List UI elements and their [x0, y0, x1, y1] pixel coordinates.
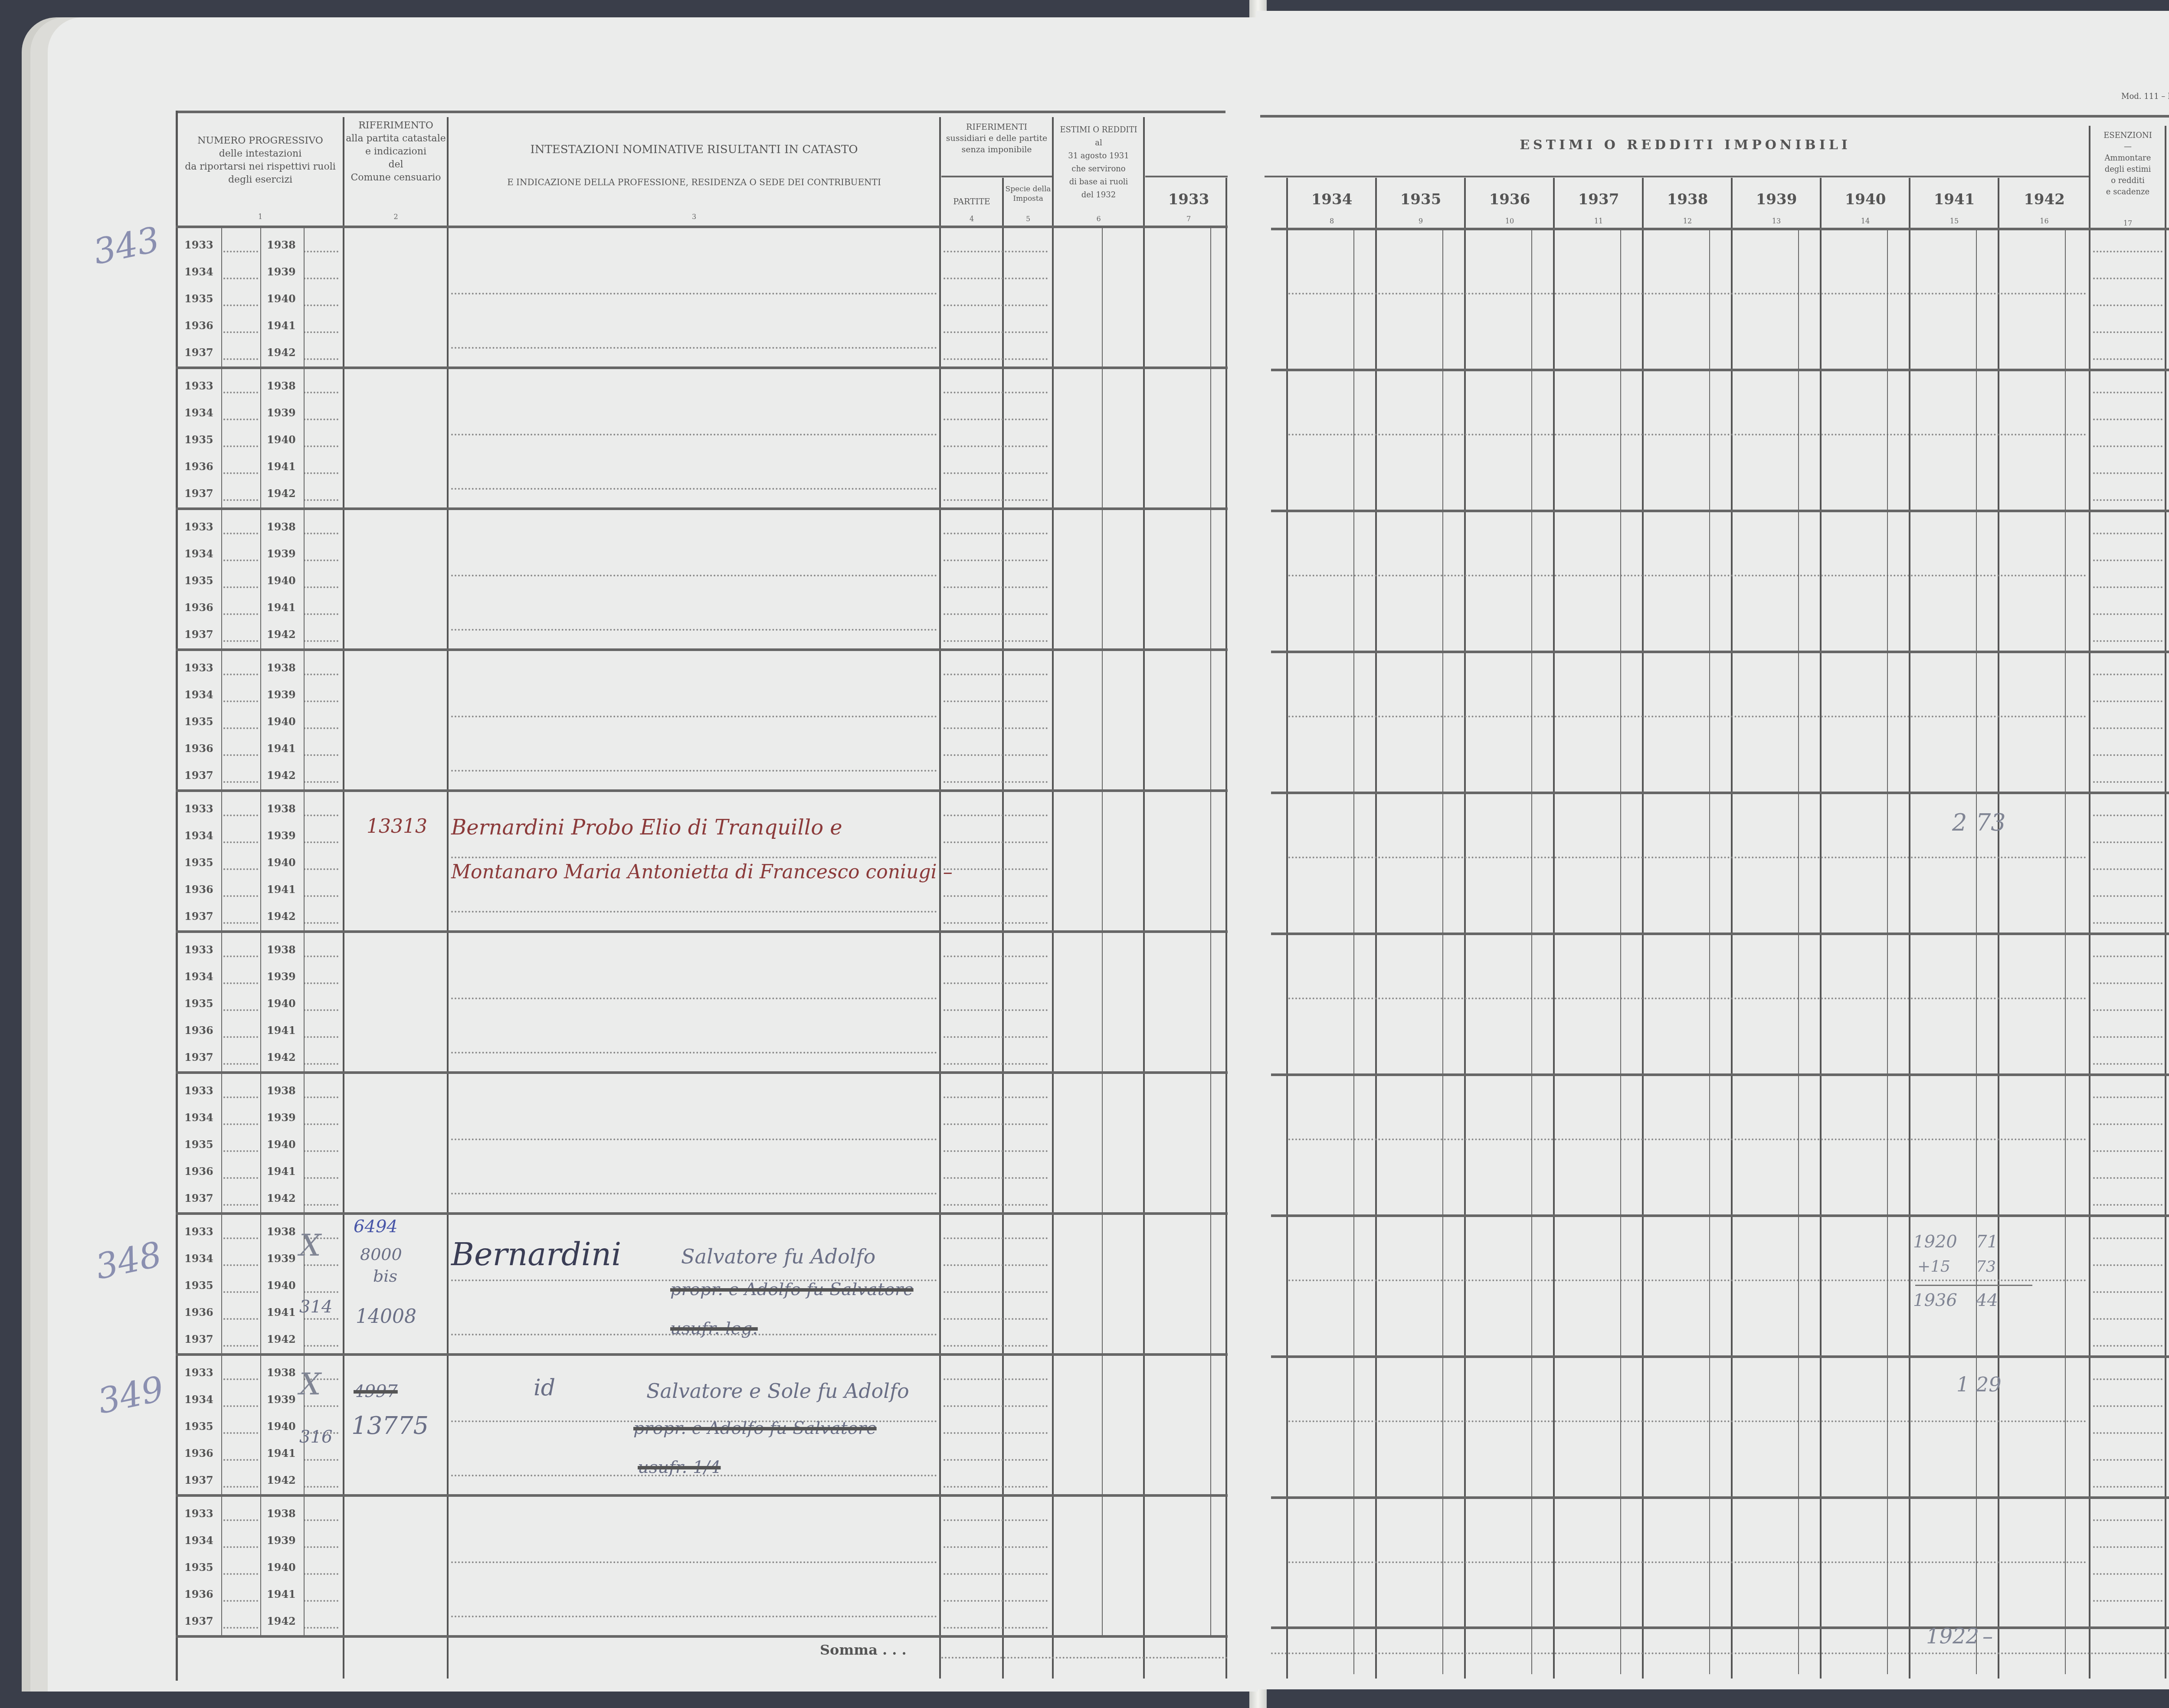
dotted-line [223, 358, 258, 360]
dotted-line [2093, 674, 2162, 675]
col-number: 1 [178, 213, 343, 221]
dotted-line [223, 1264, 258, 1266]
year-label: 1936 [184, 460, 213, 473]
year-label: 1936 [184, 1165, 213, 1178]
sub-col-divider [1210, 228, 1211, 1637]
dotted-line [304, 560, 338, 561]
year-header-1934: 1934 [1288, 191, 1375, 208]
calc-total-cents: 44 [1976, 1290, 1998, 1310]
block-divider [1271, 228, 2169, 230]
year-label: 1935 [184, 997, 213, 1010]
right-table-top-border [1260, 115, 2169, 118]
dotted-line [2093, 1291, 2162, 1293]
dotted-line [223, 1378, 258, 1380]
year-label: 1942 [267, 1192, 296, 1204]
dotted-line [2093, 1459, 2162, 1461]
entry-name-line1: Salvatore fu Adolfo [681, 1245, 875, 1268]
dotted-line [451, 857, 937, 858]
year-label: 1938 [267, 943, 296, 956]
dotted-line [304, 445, 338, 447]
dotted-line [944, 1318, 1048, 1320]
dotted-line [223, 472, 258, 474]
dotted-line [304, 1519, 338, 1521]
year-label: 1934 [184, 1252, 213, 1265]
col-divider [1143, 117, 1145, 1679]
header-col45-title: RIFERIMENTI [941, 121, 1052, 133]
total-1941-cents: – [1982, 1624, 1993, 1649]
entry-check-mark: X [299, 1227, 321, 1263]
dotted-line [1288, 1279, 2087, 1281]
dotted-line [223, 841, 258, 843]
dotted-line [304, 1264, 338, 1266]
year-label: 1937 [184, 1615, 213, 1627]
year-label: 1937 [184, 1333, 213, 1345]
dotted-line [304, 1123, 338, 1125]
dotted-line [451, 716, 937, 717]
year-label: 1933 [184, 1084, 213, 1097]
dotted-line [223, 533, 258, 534]
col-divider [1731, 178, 1733, 1679]
dotted-line [944, 841, 1048, 843]
dotted-line [2093, 251, 2162, 252]
year-label: 1938 [267, 520, 296, 533]
somma-divider [176, 1635, 1228, 1638]
year-label: 1938 [267, 1507, 296, 1520]
year-label: 1941 [267, 1588, 296, 1600]
year-label: 1939 [267, 406, 296, 419]
header-text: — [2091, 141, 2165, 153]
dotted-line [223, 1204, 258, 1206]
col-divider [2165, 126, 2166, 1679]
dotted-line [944, 358, 1048, 360]
year-label: 1938 [267, 239, 296, 251]
dotted-line [223, 1123, 258, 1125]
dotted-line [2093, 1378, 2162, 1380]
year-label: 1937 [184, 1474, 213, 1486]
dotted-line [2093, 1486, 2162, 1488]
dotted-line [451, 1616, 937, 1617]
dotted-line [223, 331, 258, 333]
dotted-line [1288, 575, 2087, 576]
dotted-line [2093, 895, 2162, 897]
dotted-line [304, 922, 338, 924]
dotted-line [944, 640, 1048, 642]
year-label: 1938 [267, 1225, 296, 1238]
block-divider [176, 366, 1228, 369]
year-label: 1936 [184, 1447, 213, 1459]
header-subdivider [941, 176, 1052, 177]
dotted-line [304, 1177, 338, 1179]
dotted-line [304, 1405, 338, 1407]
entry-reference: 316 [299, 1427, 332, 1447]
header-text: senza imponibile [941, 144, 1052, 155]
dotted-line [944, 1378, 1048, 1380]
header-text: del 1932 [1054, 189, 1143, 202]
dotted-line [944, 982, 1048, 984]
dotted-line [304, 392, 338, 393]
dotted-line [944, 560, 1048, 561]
dotted-line [2093, 640, 2162, 642]
col-divider [1464, 178, 1466, 1679]
year-label: 1937 [184, 1192, 213, 1204]
dotted-line [1288, 1139, 2087, 1140]
dotted-line [304, 1600, 338, 1602]
dotted-line [451, 1139, 937, 1140]
dotted-line [223, 1432, 258, 1434]
dotted-line [944, 1627, 1048, 1629]
dotted-line [2093, 419, 2162, 420]
dotted-line [2093, 1036, 2162, 1038]
year-label: 1942 [267, 346, 296, 359]
dotted-line [223, 1573, 258, 1575]
dotted-line [2093, 922, 2162, 924]
header-text: o redditi [2091, 175, 2165, 187]
dotted-line [304, 1291, 338, 1293]
col-divider [1820, 178, 1822, 1679]
dotted-line [944, 586, 1048, 588]
entry-name-line3-struck: usufr. 1/4 [638, 1457, 721, 1477]
entry-name-line2-struck: propr. e Adolfo fu Salvatore [633, 1418, 877, 1438]
col-number: 10 [1466, 217, 1553, 225]
year-label: 1936 [184, 883, 213, 896]
year-label: 1935 [184, 292, 213, 305]
calc-cents: 71 [1976, 1232, 1998, 1252]
dotted-line [304, 472, 338, 474]
year-label: 1937 [184, 1051, 213, 1063]
cents-col-divider [1976, 230, 1977, 1674]
year-label: 1940 [267, 715, 296, 728]
dotted-line [944, 1096, 1048, 1098]
dotted-line [223, 499, 258, 501]
block-divider [1271, 1496, 2169, 1499]
dotted-line [944, 472, 1048, 474]
col-number: 17 [2091, 219, 2165, 227]
sub-col-divider [221, 228, 222, 1637]
dotted-line [451, 911, 937, 913]
somma-label: Somma . . . [820, 1642, 907, 1658]
dotted-line [304, 1318, 338, 1320]
dotted-line [944, 251, 1048, 252]
header-text: che servirono [1054, 163, 1143, 176]
dotted-line [944, 278, 1048, 279]
col-number: 2 [345, 213, 447, 221]
dotted-line [2093, 1318, 2162, 1320]
dotted-line [223, 955, 258, 957]
col-divider [1002, 178, 1004, 1679]
year-label: 1941 [267, 1447, 296, 1459]
dotted-line [944, 922, 1048, 924]
block-divider [176, 226, 1228, 228]
col-number: 3 [449, 213, 939, 221]
year-label: 1937 [184, 910, 213, 923]
dotted-line [2093, 700, 2162, 702]
dotted-line [1288, 1420, 2087, 1422]
dotted-line [944, 1459, 1048, 1461]
dotted-line [304, 331, 338, 333]
dotted-line [304, 1204, 338, 1206]
year-label: 1939 [267, 547, 296, 560]
entry-surname: Bernardini [451, 1236, 621, 1273]
block-divider [176, 1353, 1228, 1356]
sub-col-divider [260, 228, 261, 1637]
col-divider [1553, 178, 1555, 1679]
dotted-line [944, 868, 1048, 870]
cents-col-divider [1709, 230, 1710, 1674]
dotted-line [944, 1546, 1048, 1548]
year-label: 1933 [184, 661, 213, 674]
year-label: 1938 [267, 661, 296, 674]
year-header-1941: 1941 [1911, 191, 1998, 208]
year-label: 1940 [267, 997, 296, 1010]
block-divider [1271, 651, 2169, 653]
year-label: 1935 [184, 433, 213, 446]
dotted-line [304, 1573, 338, 1575]
header-col1: NUMERO PROGRESSIVO delle intestazioni da… [178, 134, 343, 187]
entry-name-line2-struck: propr. e Adolfo fu Salvatore [670, 1279, 914, 1299]
block-divider [176, 789, 1228, 792]
block-divider [176, 648, 1228, 651]
dotted-line [223, 1237, 258, 1239]
dotted-line [451, 629, 937, 631]
dotted-line [304, 674, 338, 675]
dotted-line [944, 1405, 1048, 1407]
dotted-line [2093, 392, 2162, 393]
dotted-line [304, 700, 338, 702]
dotted-line [304, 868, 338, 870]
year-label: 1941 [267, 601, 296, 614]
year-label: 1935 [184, 1279, 213, 1292]
calc-value: +15 [1917, 1258, 1950, 1276]
dotted-line [2093, 1177, 2162, 1179]
dotted-line [2093, 278, 2162, 279]
calc-sum-line [1915, 1285, 2032, 1286]
dotted-line [223, 922, 258, 924]
dotted-line [2093, 1432, 2162, 1434]
year-label: 1934 [184, 406, 213, 419]
dotted-line [304, 419, 338, 420]
dotted-line [1288, 998, 2087, 999]
col-number: 8 [1288, 217, 1375, 225]
col-divider [343, 117, 344, 1679]
dotted-line [451, 1193, 937, 1194]
year-label: 1939 [267, 829, 296, 842]
year-label: 1934 [184, 829, 213, 842]
dotted-line [944, 1150, 1048, 1152]
year-label: 1939 [267, 1393, 296, 1406]
dotted-line [944, 533, 1048, 534]
header-subdivider [1145, 176, 1228, 177]
header-esenzioni: ESENZIONI — Ammontare degli estimi o red… [2091, 130, 2165, 198]
dotted-line [304, 278, 338, 279]
dotted-line [223, 754, 258, 756]
header-text: e scadenze [2091, 187, 2165, 198]
dotted-line [2093, 1063, 2162, 1065]
year-label: 1942 [267, 628, 296, 641]
year-label: 1940 [267, 1138, 296, 1151]
dotted-line [944, 613, 1048, 615]
year-header-1940: 1940 [1822, 191, 1909, 208]
dotted-line [223, 419, 258, 420]
year-label: 1938 [267, 380, 296, 392]
header-col5-title: Specie della Imposta [1004, 184, 1052, 203]
dotted-line [2093, 1264, 2162, 1266]
year-label: 1939 [267, 265, 296, 278]
year-label: 1942 [267, 1615, 296, 1627]
year-label: 1934 [184, 1111, 213, 1124]
dotted-line [2093, 754, 2162, 756]
year-label: 1935 [184, 1420, 213, 1433]
year-label: 1939 [267, 1534, 296, 1547]
dotted-line [304, 499, 338, 501]
dotted-line [944, 1123, 1048, 1125]
header-col2-title: RIFERIMENTO [345, 119, 447, 132]
year-label: 1933 [184, 380, 213, 392]
col-divider [1998, 178, 1999, 1679]
header-text: del [345, 158, 447, 171]
block-divider [1271, 510, 2169, 512]
block-divider [176, 1071, 1228, 1074]
dotted-line [304, 727, 338, 729]
entry-reference: 314 [299, 1297, 332, 1317]
dotted-line [2093, 331, 2162, 333]
year-header-1942: 1942 [2000, 191, 2089, 208]
block-divider [176, 930, 1228, 933]
left-page [48, 17, 1258, 1692]
year-label: 1934 [184, 547, 213, 560]
year-label: 1940 [267, 1279, 296, 1292]
dotted-line [944, 392, 1048, 393]
year-label: 1936 [184, 1306, 213, 1319]
dotted-line [223, 1177, 258, 1179]
entry-surname: id [534, 1375, 555, 1401]
dotted-line [451, 770, 937, 772]
year-label: 1942 [267, 1333, 296, 1345]
year-label: 1934 [184, 688, 213, 701]
dotted-line [2093, 1150, 2162, 1152]
dotted-line [223, 1096, 258, 1098]
dotted-line [223, 392, 258, 393]
dotted-line [944, 754, 1048, 756]
dotted-line [944, 419, 1048, 420]
dotted-line [304, 982, 338, 984]
year-label: 1936 [184, 1588, 213, 1600]
dotted-line [304, 1036, 338, 1038]
dotted-line [2093, 841, 2162, 843]
col-number: 6 [1054, 215, 1143, 223]
entry-name-line1: Salvatore e Sole fu Adolfo [646, 1379, 909, 1403]
dotted-line [304, 1063, 338, 1065]
dotted-line [304, 841, 338, 843]
dotted-line [2093, 868, 2162, 870]
dotted-line [304, 1627, 338, 1629]
col-divider [447, 117, 449, 1679]
year-label: 1937 [184, 769, 213, 782]
dotted-line [223, 982, 258, 984]
entry-partita-number: 13313 [367, 815, 427, 838]
dotted-line [2093, 1405, 2162, 1407]
value-1941: 2 [1952, 809, 1967, 836]
sub-col-divider [304, 228, 305, 1637]
dotted-line [2093, 1237, 2162, 1239]
dotted-line [2093, 358, 2162, 360]
dotted-line [1288, 1561, 2087, 1563]
header-col4-title: PARTITE [941, 195, 1002, 208]
year-header-1936: 1936 [1466, 191, 1553, 208]
dotted-line [2093, 815, 2162, 816]
dotted-line [223, 1486, 258, 1488]
block-divider [1271, 1214, 2169, 1217]
dotted-line [304, 586, 338, 588]
dotted-line [944, 499, 1048, 501]
header-col3-subtitle: E INDICAZIONE DELLA PROFESSIONE, RESIDEN… [449, 176, 939, 189]
col-number: 5 [1004, 215, 1052, 223]
dotted-line [2093, 1546, 2162, 1548]
entry-partita-number: 13775 [351, 1412, 429, 1440]
dotted-line [944, 700, 1048, 702]
block-divider [1271, 369, 2169, 371]
entry-check-mark: X [299, 1366, 321, 1402]
cents-col-divider [1442, 230, 1443, 1674]
dotted-line [223, 674, 258, 675]
year-label: 1934 [184, 970, 213, 983]
dotted-line [223, 815, 258, 816]
dotted-line [2093, 560, 2162, 561]
left-table-top-border [176, 111, 1225, 113]
dotted-line [944, 815, 1048, 816]
dotted-line [944, 1600, 1048, 1602]
year-label: 1933 [184, 1225, 213, 1238]
dotted-line [451, 1561, 937, 1563]
dotted-line [304, 1459, 338, 1461]
dotted-line [941, 1657, 1228, 1659]
dotted-line [304, 1486, 338, 1488]
dotted-line [944, 1432, 1048, 1434]
col-divider [1052, 117, 1054, 1679]
value-1941-cents: 73 [1976, 809, 2006, 836]
dotted-line [223, 1459, 258, 1461]
dotted-line [1288, 857, 2087, 858]
header-text: degli estimi [2091, 164, 2165, 175]
year-label: 1933 [184, 239, 213, 251]
dotted-line [944, 895, 1048, 897]
header-text: di base ai ruoli [1054, 176, 1143, 189]
header-col45: RIFERIMENTI sussidiari e delle partite s… [941, 121, 1052, 155]
year-label: 1934 [184, 265, 213, 278]
year-label: 1937 [184, 628, 213, 641]
year-label: 1935 [184, 715, 213, 728]
col-number: 4 [941, 215, 1002, 223]
year-label: 1939 [267, 688, 296, 701]
year-label: 1941 [267, 1306, 296, 1319]
dotted-line [2093, 1573, 2162, 1575]
dotted-line [451, 1052, 937, 1054]
header-text: 31 agosto 1931 [1054, 150, 1143, 163]
right-group-title: ESTIMI O REDDITI IMPONIBILI [1284, 139, 2087, 152]
entry-partita-mid: 8000 [360, 1245, 402, 1264]
year-label: 1940 [267, 856, 296, 869]
dotted-line [223, 251, 258, 252]
cents-col-divider [1353, 230, 1354, 1674]
header-col6: ESTIMI O REDDITI al 31 agosto 1931 che s… [1054, 124, 1143, 202]
dotted-line [2093, 1009, 2162, 1011]
year-label: 1933 [184, 1507, 213, 1520]
year-label: 1942 [267, 910, 296, 923]
year-label: 1936 [184, 601, 213, 614]
dotted-line [944, 1036, 1048, 1038]
dotted-line [304, 640, 338, 642]
dotted-line [223, 895, 258, 897]
header-text: e indicazioni [345, 145, 447, 158]
